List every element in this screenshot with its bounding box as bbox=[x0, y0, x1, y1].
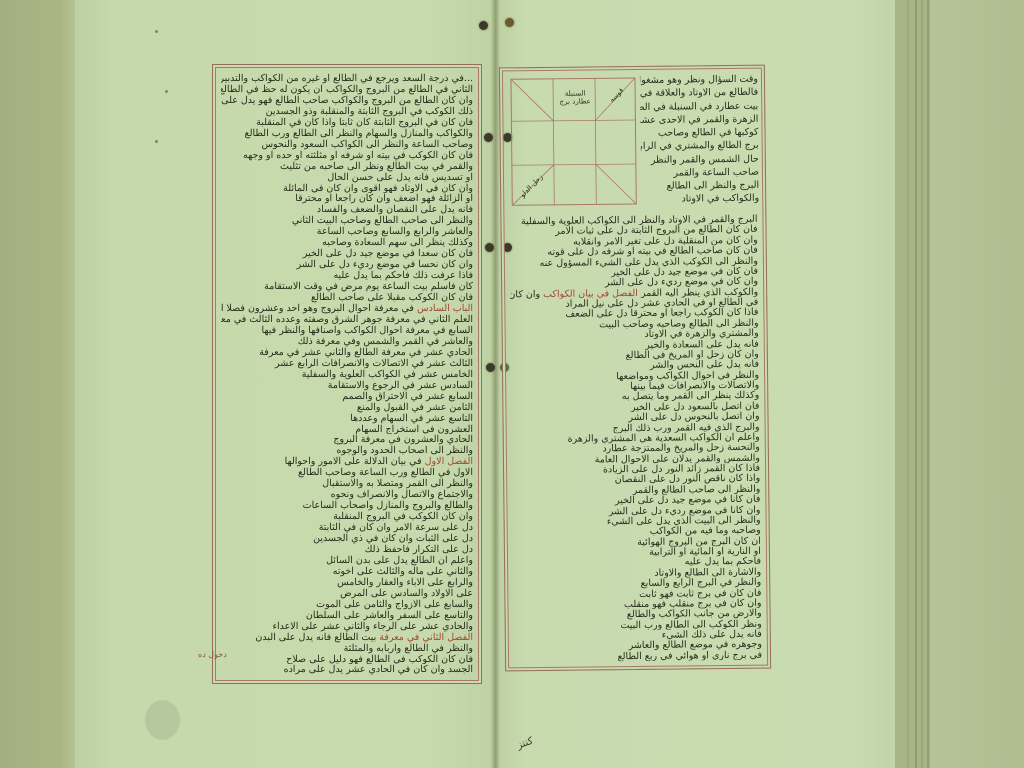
text-line: فان كان الكوكب في بيته او شرفه او مثلثته… bbox=[221, 150, 473, 161]
text-line: حال الشمس والقمر والنظر bbox=[641, 153, 759, 167]
text-line: الباب السادس في معرفة احوال البروج وهو ا… bbox=[221, 303, 473, 314]
text-line: الحادي عشر في معرفة الطالع والثاني عشر ف… bbox=[221, 347, 473, 358]
text-line: وان كان الكوكب في البروج المنقلبة bbox=[221, 511, 473, 522]
text-line: التاسع عشر في السهام وعددها bbox=[221, 413, 473, 424]
text-line: ...في درجة السعد ويرجع في الطالع او غيره… bbox=[221, 73, 473, 84]
text-line: وصاحب الساعة والنظر الى الكواكب السعود و… bbox=[221, 139, 473, 150]
text-line: الثامن عشر في القبول والمنع bbox=[221, 402, 473, 413]
text-line: بيت عطارد في السنبلة في الطالع وما يكون bbox=[640, 100, 758, 114]
text-line: كوكبها في الطالع وصاحب bbox=[640, 127, 758, 141]
right-text-block: البرج والقمر في الاوتاد والنظر الى الكوا… bbox=[509, 214, 762, 663]
rubric-heading: الفصل الثاني في معرفة bbox=[379, 632, 473, 643]
text-line: وان كان في الاوتاد فهو اقوى وان كان في ا… bbox=[221, 183, 473, 194]
background-left bbox=[0, 0, 75, 768]
text-line: الاول في الطالع ورب الساعة وصاحب الطالع bbox=[221, 467, 473, 478]
binding-hole bbox=[485, 243, 494, 252]
text-line: على الاولاد والسادس على المرض bbox=[221, 588, 473, 599]
right-text-frame: السنبلة عطارد برج قوسه زحل الدلو وقت الس… bbox=[499, 65, 771, 672]
text-line: والرابع على الاباء والعقار والخامس bbox=[221, 577, 473, 588]
rubric-heading: الباب السادس bbox=[417, 303, 473, 314]
diagram-label: السنبلة عطارد برج bbox=[556, 89, 594, 105]
text-line: فان كان سعدا في موضع جيد دل على الخير bbox=[221, 248, 473, 259]
left-text-block: ...في درجة السعد ويرجع في الطالع او غيره… bbox=[221, 73, 473, 675]
text-line: والكواكب في الاوتاد bbox=[641, 193, 759, 207]
horoscope-diagram: السنبلة عطارد برج قوسه زحل الدلو bbox=[510, 77, 637, 206]
text-line: او الزائلة فهو اضعف وان كان راجعا او محت… bbox=[221, 193, 473, 204]
text-line: وقت السؤال ونظر وهو مشغول من شر فعل الاح… bbox=[640, 74, 758, 88]
background-right bbox=[930, 0, 1024, 768]
text-line: والسابع على الازواج والثامن على الموت bbox=[221, 599, 473, 610]
text-line: دل على التكرار فاحفظ ذلك bbox=[221, 544, 473, 555]
text-line: الحادي والعشرون في معرفة البروج bbox=[221, 434, 473, 445]
text-line: العشرون في استخراج السهام bbox=[221, 424, 473, 435]
text-line: العلم الثاني في معرفة جوهر الشرق وصفته و… bbox=[221, 314, 473, 325]
text-line: والاجتماع والاتصال والانصراف ونحوه bbox=[221, 489, 473, 500]
text-line: وكذلك ينظر الى سهم السعادة وصاحبه bbox=[221, 237, 473, 248]
binding-hole bbox=[479, 21, 488, 30]
text-line: والعاشر في القمر والشمس وفي معرفة ذلك bbox=[221, 336, 473, 347]
text-line: واعلم ان الطالع يدل على بدن السائل bbox=[221, 555, 473, 566]
text-line: فان كان الكوكب في الطالع فهو دليل على صل… bbox=[221, 654, 473, 665]
text-line: الخامس عشر في الكواكب العلوية والسفلية bbox=[221, 369, 473, 380]
text-line: برج الطالع والمشتري في الرابع bbox=[641, 140, 759, 154]
text-line: وان كان الطالع من البروج والكواكب صاحب ا… bbox=[221, 95, 473, 106]
text-line: فانه يدل على النقصان والضعف والفساد bbox=[221, 204, 473, 215]
text-line: الثاني في الطالع من البروج والكواكب ان ي… bbox=[221, 84, 473, 95]
text-line: والثاني على ماله والثالث على اخوته bbox=[221, 566, 473, 577]
text-line: الثالث عشر في الاتصالات والانصرافات الرا… bbox=[221, 358, 473, 369]
binding-hole bbox=[486, 363, 495, 372]
text-line: البرج والنظر الى الطالع bbox=[641, 180, 759, 194]
text-line: الفصل الثاني في معرفة بيت الطالع فانه يد… bbox=[221, 632, 473, 643]
left-text-frame: ...في درجة السعد ويرجع في الطالع او غيره… bbox=[212, 64, 482, 684]
text-line: والنظر في الطالع واربابه والمثلثة bbox=[221, 643, 473, 654]
rubric-heading: الفصل الاول bbox=[425, 456, 473, 467]
text-line: وان كان نحسا في موضع رديء دل على الشر bbox=[221, 259, 473, 270]
text-line: والتاسع على السفر والعاشر على السلطان bbox=[221, 610, 473, 621]
text-line: فان كان الكوكب مقبلا على صاحب الطالع bbox=[221, 292, 473, 303]
text-line: والطالع والبروج والمنازل واصحاب الساعات bbox=[221, 500, 473, 511]
text-line: السابع عشر في الاحتراق والصمم bbox=[221, 391, 473, 402]
margin-note: دخول ده bbox=[198, 650, 227, 659]
text-line: كان فاسلم بيت الساعة يوم مرض في وقت الاس… bbox=[221, 281, 473, 292]
text-line: والقمر في بيت الطالع ونظر الى صاحبه من ت… bbox=[221, 161, 473, 172]
text-line: الجسد وان كان في الحادي عشر يدل على مراد… bbox=[221, 664, 473, 675]
text-line: في برج ناري او هوائي في ربع الطالع bbox=[514, 649, 762, 662]
text-line: الفصل الاول في بيان الدلالة على الامور و… bbox=[221, 456, 473, 467]
text-line: دل على سرعة الامر وان كان في الثابتة bbox=[221, 522, 473, 533]
binding-hole bbox=[505, 18, 514, 27]
text-line: ذلك الكوكب في البروج الثابتة والمنقلبة و… bbox=[221, 106, 473, 117]
page-edges bbox=[893, 0, 933, 768]
text-line: والعاشر والرابع والسابع وصاحب الساعة bbox=[221, 226, 473, 237]
text-line: والنظر الى صاحب الطالع وصاحب البيت الثان… bbox=[221, 215, 473, 226]
text-line: صاحب الساعة والقمر bbox=[641, 167, 759, 181]
text-line: فالطالع من الاوتاد والعلاقة في الطالع bbox=[640, 87, 758, 101]
text-line: او تسديس فانه يدل على حسن الحال bbox=[221, 172, 473, 183]
text-line: دل على الثبات وان كان في ذي الجسدين bbox=[221, 533, 473, 544]
text-line: السادس عشر في الرجوع والاستقامة bbox=[221, 380, 473, 391]
text-line: الزهرة والقمر في الاحدى عشر bbox=[640, 113, 758, 127]
text-line: والنظر الى اصحاب الحدود والوجوه bbox=[221, 445, 473, 456]
text-line: والحادي عشر على الرجاء والثاني عشر على ا… bbox=[221, 621, 473, 632]
binding-hole bbox=[484, 133, 493, 142]
text-line: فان كان في البروج الثابتة كان ثابتا واذا… bbox=[221, 117, 473, 128]
text-line: فاذا عرفت ذلك فاحكم بما يدل عليه bbox=[221, 270, 473, 281]
text-line: السابع في معرفة احوال الكواكب واصنافها و… bbox=[221, 325, 473, 336]
text-line: والكواكب والمنازل والسهام والنظر الى الط… bbox=[221, 128, 473, 139]
text-line: والنظر الى القمر ومتصلا به والاستقبال bbox=[221, 478, 473, 489]
right-side-text: وقت السؤال ونظر وهو مشغول من شر فعل الاح… bbox=[640, 74, 759, 207]
